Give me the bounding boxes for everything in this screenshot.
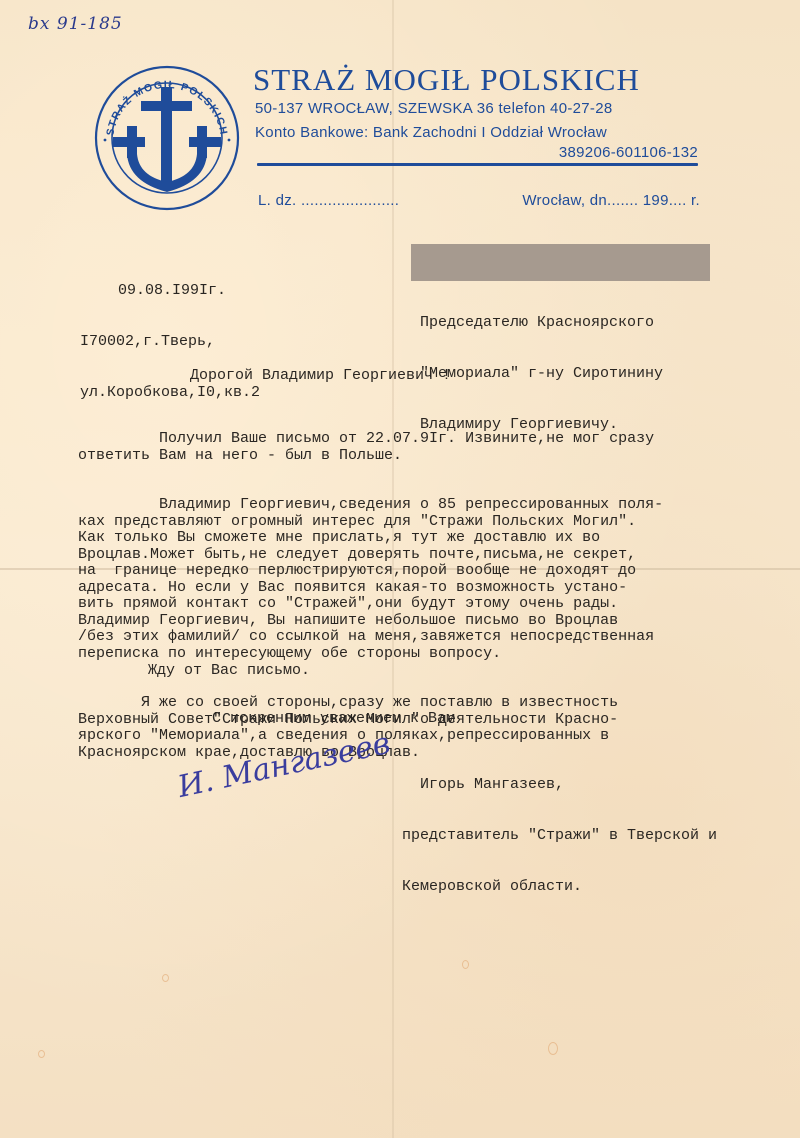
organization-bank: Konto Bankowe: Bank Zachodni I Oddział W… — [255, 124, 607, 141]
closing-line: Жду от Вас письмо. — [148, 662, 310, 679]
paper-stain — [548, 1042, 558, 1055]
paragraph: Владимир Георгиевич,сведения о 85 репрес… — [78, 497, 663, 662]
organization-title: STRAŻ MOGIŁ POLSKICH — [253, 62, 640, 98]
recipient-line: Председателю Красноярского — [420, 314, 663, 331]
redaction-box — [411, 244, 710, 281]
bank-account-number: 389206-601106-132 — [559, 144, 698, 161]
recipient-line: "Мемориала" г-ну Сиротинину — [420, 365, 663, 382]
paragraph: Получил Ваше письмо от 22.07.9Iг. Извини… — [78, 431, 663, 464]
regards-line: С искренним уважением к Вам — [212, 710, 455, 727]
paper-stain — [162, 974, 169, 982]
paper-stain — [462, 960, 469, 969]
greeting: Дорогой Владимир Георгиевич ! — [190, 367, 451, 384]
sender-postal: I70002,г.Тверь, — [80, 333, 260, 350]
place-date-field: Wrocław, dn....... 199.... r. — [522, 192, 700, 209]
signer-block: Игорь Мангазеев, представитель "Стражи" … — [402, 742, 717, 929]
anchor-cross-icon: STRAŻ MOGIŁ POLSKICH — [93, 64, 241, 212]
paper-stain — [38, 1050, 45, 1058]
organization-address: 50-137 WROCŁAW, SZEWSKA 36 telefon 40-27… — [255, 100, 613, 117]
letterhead-divider — [257, 163, 698, 166]
reference-number-field: L. dz. ...................... — [258, 192, 399, 209]
letter-page: bx 91-185 STRAŻ MOGIŁ POLSKICH STRAŻ MOG… — [0, 0, 800, 1138]
archive-note: bx 91-185 — [28, 14, 123, 34]
signer-name: Игорь Мангазеев, — [402, 776, 717, 793]
sender-date: 09.08.I99Iг. — [80, 282, 260, 299]
signer-title: представитель "Стражи" в Тверской и — [402, 827, 717, 844]
signer-region: Кемеровской области. — [402, 878, 717, 895]
